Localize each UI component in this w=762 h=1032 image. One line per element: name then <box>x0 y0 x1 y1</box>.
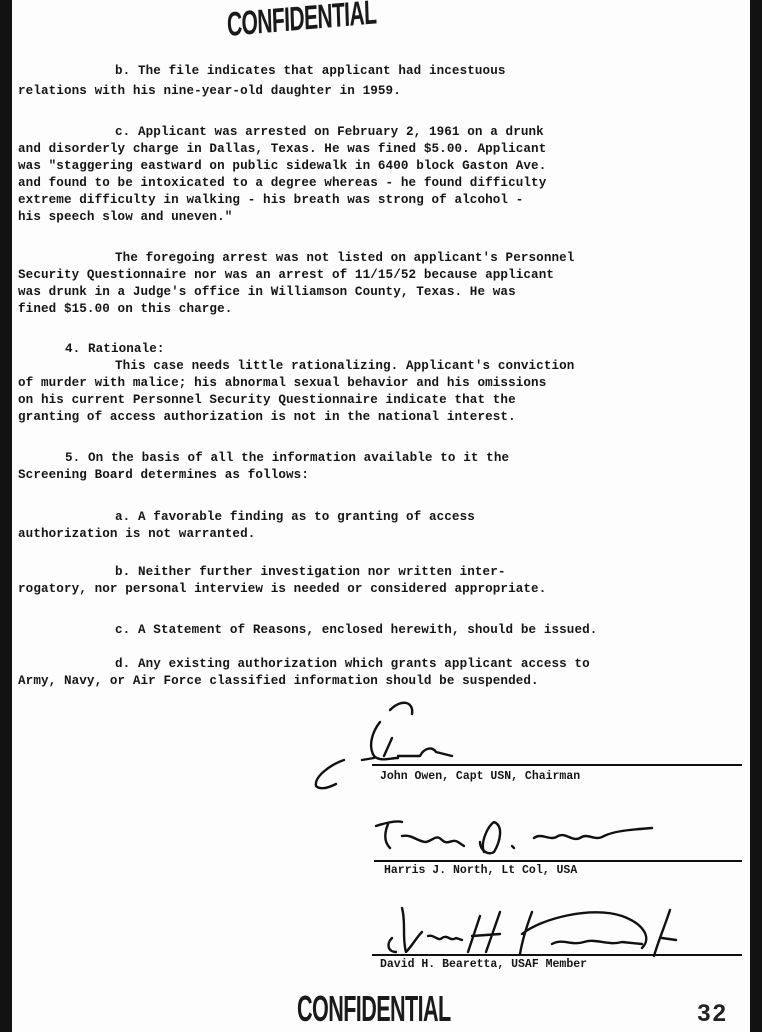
text-line: and disorderly charge in Dallas, Texas. … <box>18 142 546 156</box>
signature-line <box>372 954 742 956</box>
signer-name: John Owen, Capt USN, Chairman <box>380 770 580 783</box>
text-line: This case needs little rationalizing. Ap… <box>115 359 574 373</box>
text-line: 5. On the basis of all the information a… <box>65 451 509 465</box>
text-line: of murder with malice; his abnormal sexu… <box>18 376 546 390</box>
signature-line <box>372 764 742 766</box>
section-heading: 4. Rationale: <box>65 342 165 356</box>
confidential-stamp-top: CONFIDENTIAL <box>226 0 413 45</box>
text-line: was drunk in a Judge's office in William… <box>18 285 516 299</box>
text-line: Security Questionnaire nor was an arrest… <box>18 268 554 282</box>
text-line: Army, Navy, or Air Force classified info… <box>18 674 539 688</box>
signer-name: David H. Bearetta, USAF Member <box>380 958 587 971</box>
text-line: granting of access authorization is not … <box>18 410 516 424</box>
signature-handwriting <box>362 812 692 872</box>
text-line: c. A Statement of Reasons, enclosed here… <box>115 623 597 637</box>
text-line: a. A favorable finding as to granting of… <box>115 510 475 524</box>
text-line: relations with his nine-year-old daughte… <box>18 84 401 98</box>
signature-handwriting <box>302 698 502 798</box>
text-line: b. Neither further investigation nor wri… <box>115 565 506 579</box>
text-line: was "staggering eastward on public sidew… <box>18 159 546 173</box>
text-line: Screening Board determines as follows: <box>18 468 309 482</box>
text-line: authorization is not warranted. <box>18 527 255 541</box>
text-line: b. The file indicates that applicant had… <box>115 64 506 78</box>
text-line: d. Any existing authorization which gran… <box>115 657 590 671</box>
text-line: his speech slow and uneven." <box>18 210 232 224</box>
text-line: rogatory, nor personal interview is need… <box>18 582 546 596</box>
confidential-stamp-bottom: CONFIDENTIAL <box>297 988 477 1030</box>
text-line: and found to be intoxicated to a degree … <box>18 176 546 190</box>
text-line: fined $15.00 on this charge. <box>18 302 232 316</box>
document-page: CONFIDENTIAL b. The file indicates that … <box>12 0 750 1032</box>
signature-line <box>374 860 742 862</box>
text-line: The foregoing arrest was not listed on a… <box>115 251 574 265</box>
signer-name: Harris J. North, Lt Col, USA <box>384 864 577 877</box>
text-line: extreme difficulty in walking - his brea… <box>18 193 523 207</box>
text-line: c. Applicant was arrested on February 2,… <box>115 125 544 139</box>
page-number: 32 <box>697 1000 728 1028</box>
text-line: on his current Personnel Security Questi… <box>18 393 516 407</box>
